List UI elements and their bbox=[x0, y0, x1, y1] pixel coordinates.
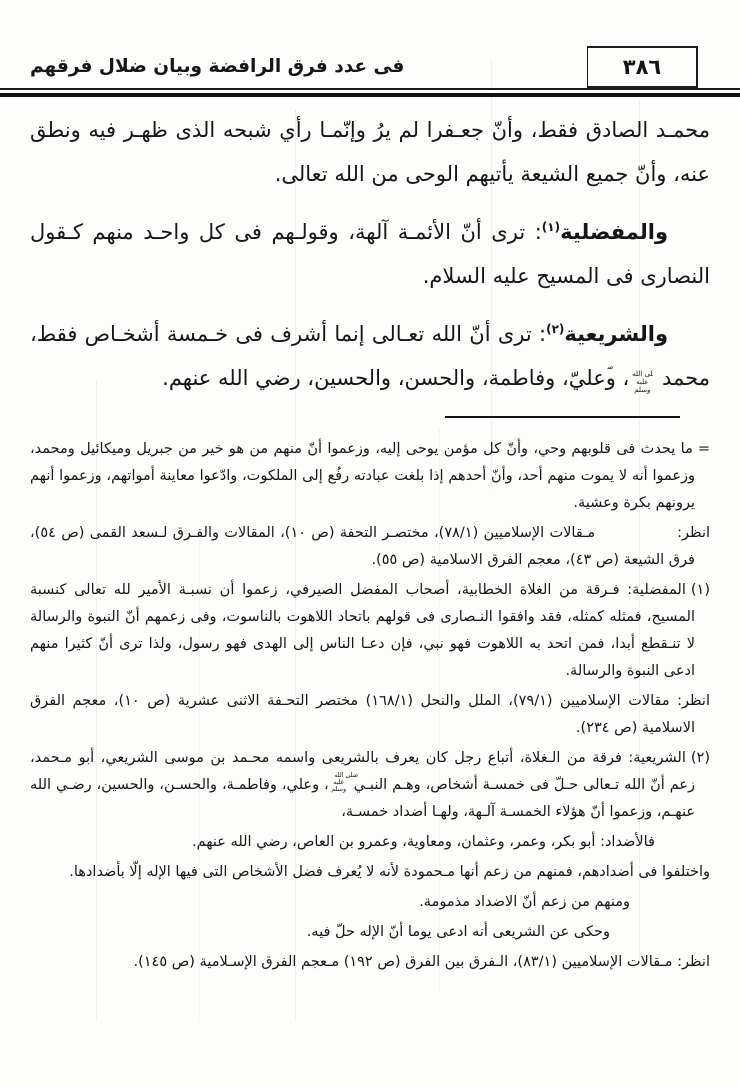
running-title: فى عدد فرق الرافضة وبيان ضلال فرقهم bbox=[30, 56, 404, 77]
footnote-text: ما يحدث فى قلوبهم وحي، وأنّ كل مؤمن يوحى… bbox=[30, 441, 695, 511]
footnote-separator bbox=[445, 416, 680, 418]
paragraph-text: محمـد الصادق فقط، وأنّ جعـفرا لم يرُ وإن… bbox=[30, 118, 710, 186]
footnote-2-sub: وحكى عن الشريعى أنه ادعى يوما أنّ الإله … bbox=[30, 919, 610, 946]
footnote-marker-2: (٢) bbox=[546, 322, 564, 336]
page-number-box: ٣٨٦ bbox=[587, 46, 698, 88]
footnote-marker-1: (١) bbox=[542, 220, 560, 234]
footnote-continued: =ما يحدث فى قلوبهم وحي، وأنّ كل مؤمن يوح… bbox=[30, 436, 710, 517]
page-number: ٣٨٦ bbox=[623, 55, 661, 79]
footnote-text: واختلفوا فى أضدادهم، فمنهم من زعم أنها م… bbox=[69, 864, 710, 880]
sect-name: والشريعية bbox=[564, 322, 668, 346]
header-rule-thick bbox=[0, 93, 740, 97]
header-rule-thin bbox=[0, 88, 740, 90]
footnote-references: انظر:مـقالات الإسلاميين (٧٨/١)، مختصـر ا… bbox=[30, 520, 710, 574]
sect-name: والمفضلية bbox=[560, 220, 668, 244]
footnote-number: (١) bbox=[691, 582, 710, 598]
salawat-seal: صلى الله عليه وسلم bbox=[629, 364, 655, 395]
main-text: محمـد الصادق فقط، وأنّ جعـفرا لم يرُ وإن… bbox=[0, 100, 740, 400]
footnote-1: (١)المفضلية: فـرقة من الغلاة الخطابية، أ… bbox=[30, 577, 710, 685]
footnote-text: المفضلية: فـرقة من الغلاة الخطابية، أصحا… bbox=[30, 582, 695, 679]
footnote-2-references: انظر: مـقالات الإسلاميين (٨٣/١)، الـفرق … bbox=[30, 949, 710, 976]
reference-text: انظر: مـقالات الإسلاميين (٨٣/١)، الـفرق … bbox=[133, 954, 710, 970]
footnote-number: (٢) bbox=[691, 750, 710, 766]
footnote-2-sub: ومنهم من زعم أنّ الاضداد مذمومة. bbox=[30, 889, 630, 916]
footnote-2-sub: واختلفوا فى أضدادهم، فمنهم من زعم أنها م… bbox=[30, 859, 710, 886]
paragraph-continuation: محمـد الصادق فقط، وأنّ جعـفرا لم يرُ وإن… bbox=[30, 108, 710, 196]
footnote-2-sub: فالأضداد: أبو بكر، وعمر، وعثمان، ومعاوية… bbox=[30, 829, 655, 856]
salawat-seal: صلى الله عليه وسلم bbox=[329, 773, 349, 794]
footnote-text: ومنهم من زعم أنّ الاضداد مذمومة. bbox=[419, 894, 630, 910]
reference-text: انظر: مقالات الإسلاميين (٧٩/١)، الملل وا… bbox=[30, 693, 710, 736]
footnote-text: وحكى عن الشريعى أنه ادعى يوما أنّ الإله … bbox=[307, 924, 610, 940]
paragraph-shurayiyya: والشريعية(٢): ترى أنّ الله تعـالى إنما أ… bbox=[30, 307, 710, 400]
see-label: انظر: bbox=[677, 525, 710, 541]
continuation-marker: = bbox=[698, 441, 710, 457]
footnote-1-references: انظر: مقالات الإسلاميين (٧٩/١)، الملل وا… bbox=[30, 688, 710, 742]
page-header: ٣٨٦ فى عدد فرق الرافضة وبيان ضلال فرقهم bbox=[0, 0, 740, 100]
paragraph-mufaddaliyya: والمفضلية(١): ترى أنّ الأئمـة آلهة، وقول… bbox=[30, 205, 710, 298]
footnote-2: (٢)الشريعية: فرقة من الـغلاة، أتباع رجل … bbox=[30, 745, 710, 826]
footnote-text: فالأضداد: أبو بكر، وعمر، وعثمان، ومعاوية… bbox=[192, 834, 655, 850]
footnotes: =ما يحدث فى قلوبهم وحي، وأنّ كل مؤمن يوح… bbox=[0, 436, 740, 976]
reference-text: مـقالات الإسلاميين (٧٨/١)، مختصـر التحفة… bbox=[30, 525, 695, 568]
paragraph-text: ، وعليّ، وفاطمة، والحسن، والحسين، رضي ال… bbox=[162, 366, 629, 390]
book-page-scan: ٣٨٦ فى عدد فرق الرافضة وبيان ضلال فرقهم … bbox=[0, 0, 740, 1086]
